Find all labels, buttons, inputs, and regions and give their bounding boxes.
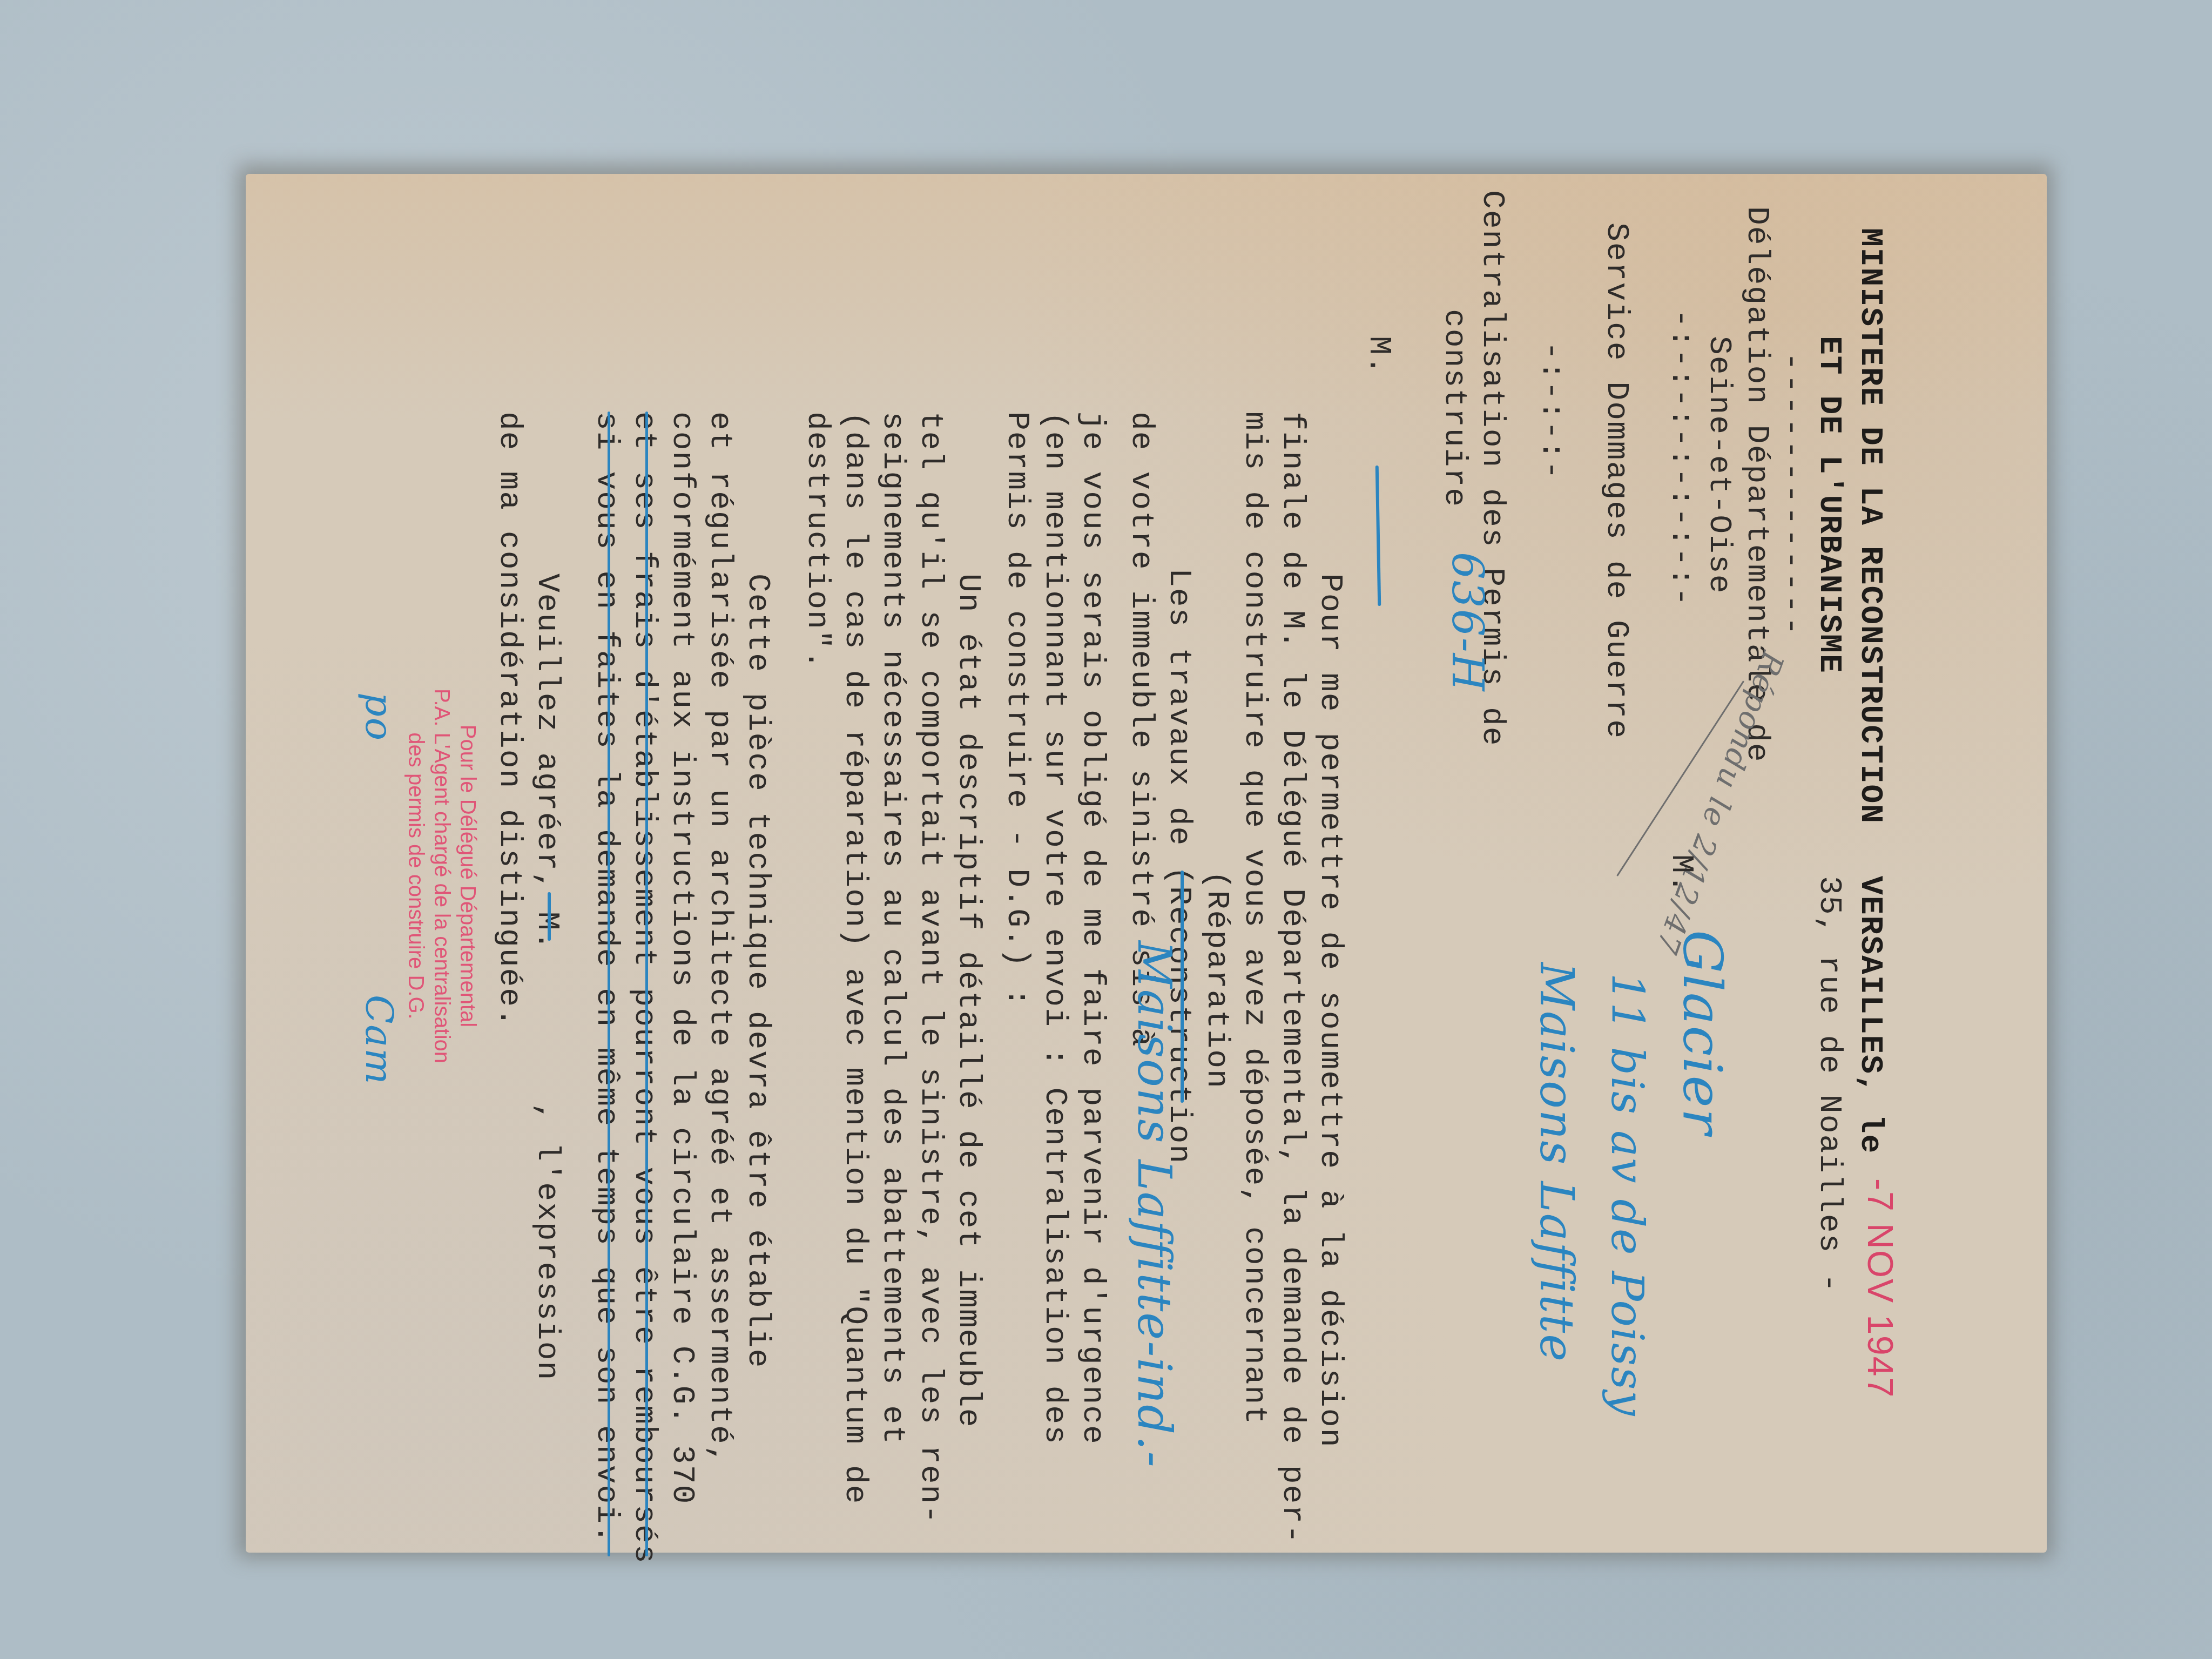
pencil-reply-note: Répondu le 2/12/47 <box>1645 646 1793 960</box>
letter-document: MINISTERE DE LA RECONSTRUCTION ET DE L'U… <box>246 174 2047 1553</box>
stamp-line2: P.A. L'Agent chargé de la centralisation <box>429 671 455 1081</box>
blank-line-handwritten <box>548 892 551 941</box>
separator: -:-:-:- <box>1530 341 1572 481</box>
para2-line4: (en mentionnant sur votre envoi : Centra… <box>1034 412 1075 1445</box>
para2-reparation: (Réparation <box>1196 871 1237 1089</box>
body-greeting: M. <box>1358 336 1399 376</box>
stamp-line3: des permis de construire D.G. <box>403 671 429 1081</box>
file-number-handwritten: 636-H <box>1447 552 1488 692</box>
para4-line5: si vous en faites la demande en même tem… <box>585 412 626 1545</box>
delegation-line2: Seine-et-Oise <box>1698 336 1739 594</box>
strikethrough-line5 <box>608 412 610 1556</box>
stamp-line1: Pour le Délégué Départemental <box>455 671 481 1081</box>
closing-line3: de ma considération distinguée. <box>488 412 529 1028</box>
letter-sheet: MINISTERE DE LA RECONSTRUCTION ET DE L'U… <box>246 174 2047 1553</box>
ministry-title-line1: MINISTERE DE LA RECONSTRUCTION <box>1849 228 1890 824</box>
official-stamp: Pour le Délégué Départemental P.A. L'Age… <box>403 671 481 1081</box>
para3-line4: (dans le cas de réparation) avec mention… <box>834 412 875 1505</box>
date-stamp: -7 NOV 1947 <box>1860 1178 1901 1398</box>
para3-line1: Un état descriptif détaillé de cet immeu… <box>947 574 988 1428</box>
closing-line2: , l'expression <box>526 1103 567 1381</box>
recipient-salutation: M. <box>1660 854 1701 894</box>
office-address: 35, rue de Noailles - <box>1808 876 1849 1293</box>
recipient-name: Glacier <box>1682 930 1723 1135</box>
initials-signature: po <box>359 692 400 741</box>
para1-line3: mis de construire que vous avez déposée,… <box>1233 412 1274 1425</box>
para4-line3: conformément aux instructions de la circ… <box>661 412 702 1505</box>
para4-line1: Cette pièce technique devra être établie <box>737 574 778 1368</box>
recipient-address-line2: Maisons Laffitte <box>1536 962 1577 1363</box>
recipient-address-line1: 11 bis av de Poissy <box>1606 973 1647 1417</box>
signature: Cam <box>359 995 400 1085</box>
para4-line4: et ses frais d'établissement pourront vo… <box>623 412 664 1564</box>
centralisation-line2: construire <box>1433 309 1474 508</box>
para1-line1: Pour me permettre de soumettre à la déci… <box>1309 574 1350 1448</box>
para4-line2: et régularisée par un architecte agréé e… <box>699 412 740 1465</box>
para2-line5: Permis de construire - D.G.) : <box>996 412 1037 1008</box>
ministry-title-line2: ET DE L'URBANISME <box>1808 336 1849 674</box>
separator: -:-:-:-:-:-:-:- <box>1660 309 1701 607</box>
blank-line-handwritten <box>1375 466 1381 606</box>
place: VERSAILLES, le <box>1849 876 1890 1154</box>
para3-line3: seignements nécessaires au calcul des ab… <box>872 412 913 1445</box>
strikethrough-line4 <box>645 412 648 1556</box>
property-location-handwritten: Maisons Laffitte-ind.- <box>1134 941 1175 1468</box>
para3-line5: destruction". <box>796 412 837 670</box>
para1-line2: finale de M. le Délégué Départemental, l… <box>1271 412 1312 1545</box>
para3-line2: tel qu'il se comportait avant le sinistr… <box>909 412 950 1525</box>
para2-line3: je vous serais obligé de me faire parven… <box>1071 412 1112 1445</box>
closing-line1: Veuillez agréer, M. <box>526 574 567 951</box>
service-name: Service Dommages de Guerre <box>1595 222 1636 739</box>
